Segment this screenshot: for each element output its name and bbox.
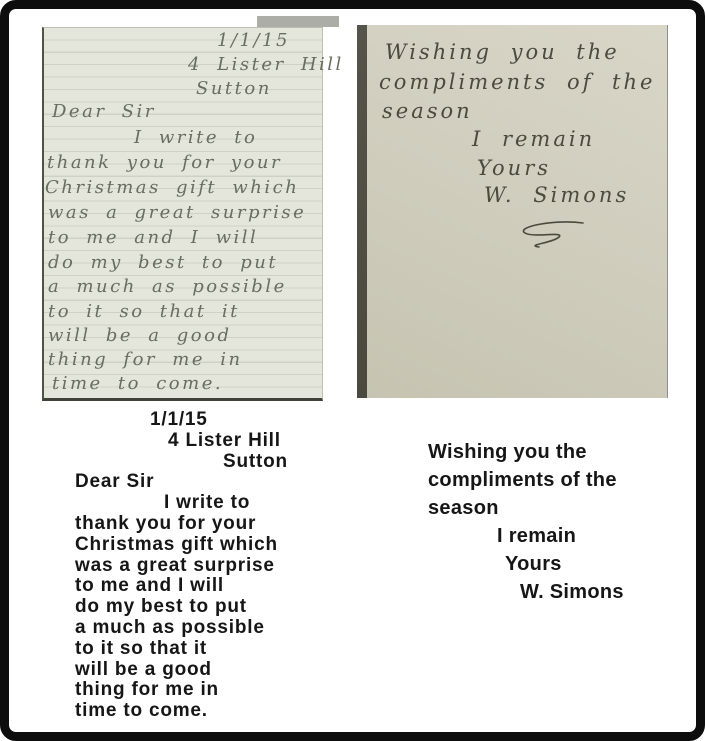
transcription-line: to it so that it [75,639,288,660]
handwritten-line: to it so that it [48,301,240,322]
handwritten-line: to me and I will [48,227,258,248]
handwritten-line: 1/1/15 [217,30,290,51]
transcription-line: compliments of the [428,466,624,494]
transcription-line: Christmas gift which [75,535,288,556]
handwritten-line: Christmas gift which [45,177,299,198]
transcription-line: thank you for your [75,514,288,535]
transcription-line: season [428,494,624,522]
transcription-line: will be a good [75,660,288,681]
signature-flourish-icon [495,217,605,257]
left-letter-photo: 1/1/15 4 Lister Hill Sutton Dear Sir I w… [42,27,323,401]
transcription-line: I write to [164,493,288,514]
handwritten-line: season [382,99,473,123]
right-letter-photo: Wishing you the compliments of the seaso… [357,25,668,398]
handwritten-line: I write to [134,127,257,148]
transcription-line: 1/1/15 [150,410,288,431]
handwritten-line: was a great surprise [48,202,306,223]
transcription-line: to me and I will [75,576,288,597]
handwritten-line: thank you for your [47,152,282,173]
handwritten-line: do my best to put [48,252,278,273]
handwritten-line: will be a good [48,325,231,346]
transcription-line: thing for me in [75,680,288,701]
transcription-line: Sutton [223,452,288,473]
transcription-line: do my best to put [75,597,288,618]
transcription-line: Yours [505,550,624,578]
handwritten-line: a much as possible [48,276,287,297]
photo-background-strip [257,16,339,27]
handwritten-line: time to come. [52,373,223,394]
handwritten-line: W. Simons [484,183,629,207]
transcription-line: was a great surprise [75,556,288,577]
handwritten-line: 4 Lister Hill [188,54,344,75]
transcription-line: time to come. [75,701,288,722]
right-transcription: Wishing you the compliments of the seaso… [428,438,624,606]
transcription-line: a much as possible [75,618,288,639]
left-transcription: 1/1/15 4 Lister Hill Sutton Dear Sir I w… [42,410,288,722]
transcription-line: Wishing you the [428,438,624,466]
handwritten-line: compliments of the [379,70,655,94]
transcription-line: 4 Lister Hill [168,431,288,452]
handwritten-line: Sutton [196,78,272,99]
handwritten-line: thing for me in [48,349,243,370]
transcription-line: Dear Sir [75,472,288,493]
transcription-line: W. Simons [520,578,624,606]
photo-edge-shadow [357,25,367,398]
handwritten-line: Wishing you the [385,40,620,64]
transcription-line: I remain [497,522,624,550]
handwritten-line: Dear Sir [52,101,156,122]
handwritten-line: I remain [472,127,595,151]
handwritten-line: Yours [477,156,551,180]
